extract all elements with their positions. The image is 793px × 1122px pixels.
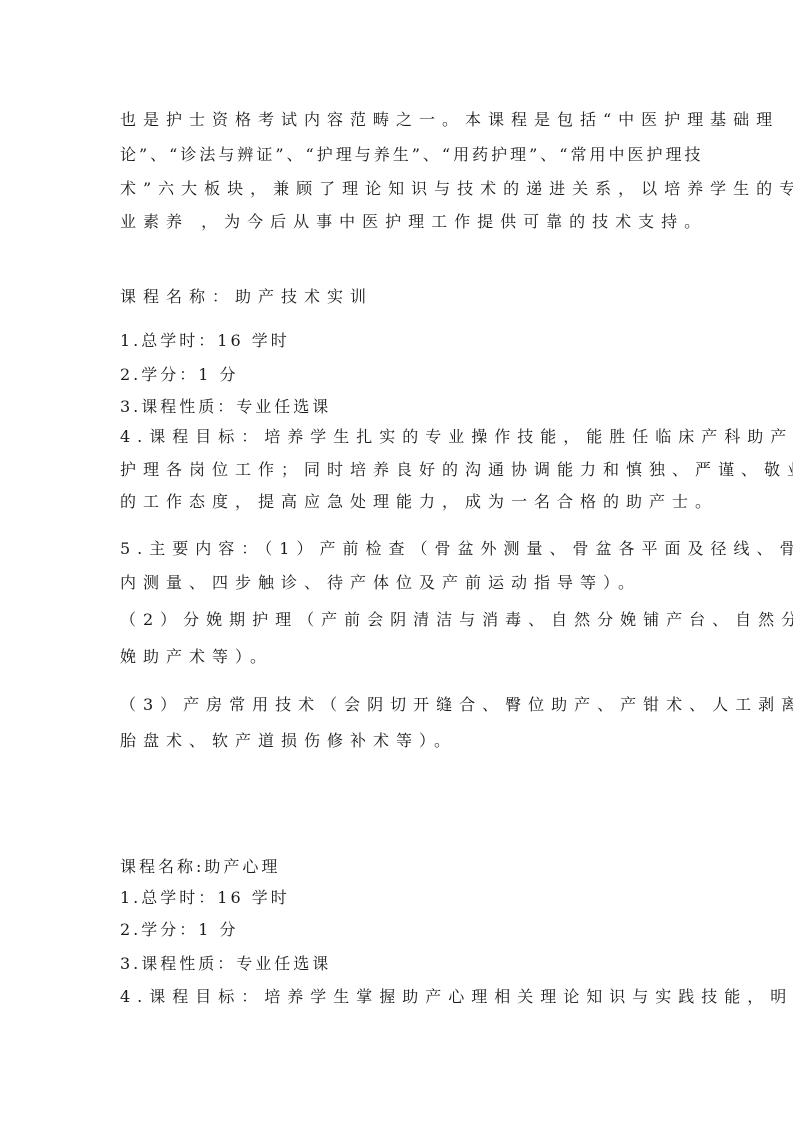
course-name: 课程名称:助产心理 <box>120 857 280 877</box>
course-name: 课程名称：助产技术实训 <box>120 287 373 307</box>
paragraph-line: 也是护士资格考试内容范畴之一。本课程是包括“中医护理基础理 <box>120 110 779 130</box>
course-objective-line: 4.课程目标：培养学生掌握助产心理相关理论知识与实践技能，明确 <box>120 987 793 1007</box>
course-content-line: （2）分娩期护理（产前会阴清洁与消毒、自然分娩铺产台、自然分 <box>120 610 793 630</box>
course-credits: 2.学分：1 分 <box>120 920 239 940</box>
course-content-line: 娩助产术等）。 <box>120 647 273 667</box>
course-total-hours: 1.总学时：16 学时 <box>120 888 290 908</box>
course-nature: 3.课程性质：专业任选课 <box>120 954 331 974</box>
course-content-line: （3）产房常用技术（会阴切开缝合、臀位助产、产钳术、人工剥离 <box>120 695 793 715</box>
course-objective-line: 的工作态度，提高应急处理能力，成为一名合格的助产士。 <box>120 492 718 512</box>
course-content-line: 内测量、四步触诊、待产体位及产前运动指导等）。 <box>120 573 641 593</box>
course-content-line: 胎盘术、软产道损伤修补术等）。 <box>120 731 457 751</box>
paragraph-line: 论”、“诊法与辨证”、“护理与养生”、“用药护理”、“常用中医护理技 <box>120 145 703 165</box>
course-objective-line: 4.课程目标：培养学生扎实的专业操作技能，能胜任临床产科助产及 <box>120 427 793 447</box>
course-total-hours: 1.总学时：16 学时 <box>120 331 290 351</box>
course-objective-line: 护理各岗位工作；同时培养良好的沟通协调能力和慎独、严谨、敬业 <box>120 460 793 480</box>
course-credits: 2.学分：1 分 <box>120 365 239 385</box>
paragraph-line: 术”六大板块，兼顾了理论知识与技术的递进关系，以培养学生的专 <box>120 179 793 199</box>
course-nature: 3.课程性质：专业任选课 <box>120 397 331 417</box>
paragraph-line: 业素养 ，为今后从事中医护理工作提供可靠的技术支持。 <box>120 212 707 232</box>
course-content-line: 5.主要内容：（1）产前检查（骨盆外测量、骨盆各平面及径线、骨盆 <box>120 539 793 559</box>
